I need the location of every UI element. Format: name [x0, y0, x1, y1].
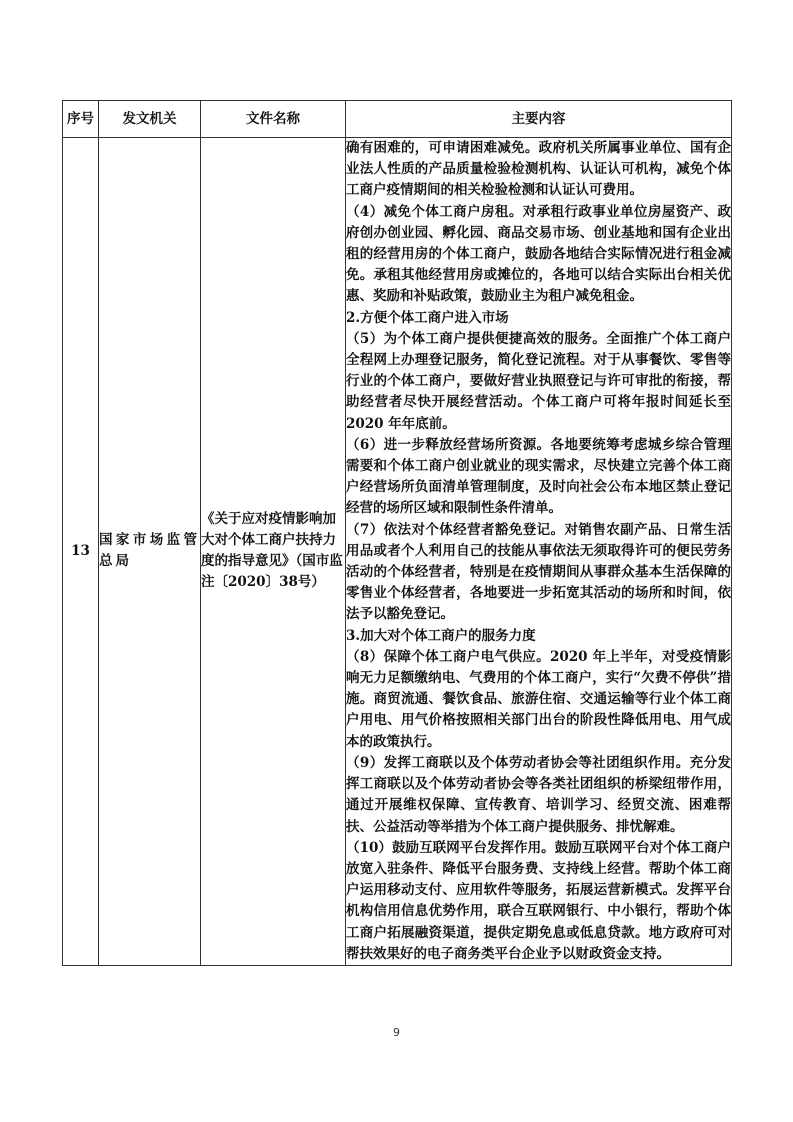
policy-table: 序号 发文机关 文件名称 主要内容 13 国家市场监管总局 《关于应对疫情影响加…	[62, 100, 732, 966]
content-paragraph: 确有困难的，可申请困难减免。政府机关所属事业单位、国有企业法人性质的产品质量检验…	[346, 138, 731, 202]
header-no: 序号	[63, 101, 99, 138]
content-paragraph: （7）依法对个体经营者豁免登记。对销售农副产品、日常生活用品或者个人利用自己的技…	[346, 520, 731, 626]
content-paragraph: （8）保障个体工商户电气供应。2020 年上半年，对受疫情影响无力足额缴纳电、气…	[346, 647, 731, 753]
document-page: 序号 发文机关 文件名称 主要内容 13 国家市场监管总局 《关于应对疫情影响加…	[0, 0, 793, 1122]
header-name: 文件名称	[201, 101, 346, 138]
content-paragraph: （4）减免个体工商户房租。对承租行政事业单位房屋资产、政府创办创业园、孵化园、商…	[346, 202, 731, 308]
table-row: 13 国家市场监管总局 《关于应对疫情影响加大对个体工商户扶持力度的指导意见》（…	[63, 138, 732, 966]
document-title: 《关于应对疫情影响加大对个体工商户扶持力度的指导意见》（国市监注〔2020〕38…	[201, 138, 346, 966]
row-number: 13	[63, 138, 99, 966]
header-content: 主要内容	[346, 101, 732, 138]
page-number: 9	[0, 1026, 793, 1039]
section-heading: 2.方便个体工商户进入市场	[346, 308, 731, 329]
issuing-agency: 国家市场监管总局	[99, 138, 201, 966]
section-heading: 3.加大对个体工商户的服务力度	[346, 626, 731, 647]
content-paragraph: （5）为个体工商户提供便捷高效的服务。全面推广个体工商户全程网上办理登记服务，简…	[346, 329, 731, 435]
header-org: 发文机关	[99, 101, 201, 138]
table-header-row: 序号 发文机关 文件名称 主要内容	[63, 101, 732, 138]
content-paragraph: （10）鼓励互联网平台发挥作用。鼓励互联网平台对个体工商户放宽入驻条件、降低平台…	[346, 838, 731, 965]
content-paragraph: （6）进一步释放经营场所资源。各地要统筹考虑城乡综合管理需要和个体工商户创业就业…	[346, 435, 731, 520]
main-content: 确有困难的，可申请困难减免。政府机关所属事业单位、国有企业法人性质的产品质量检验…	[346, 138, 732, 966]
content-paragraph: （9）发挥工商联以及个体劳动者协会等社团组织作用。充分发挥工商联以及个体劳动者协…	[346, 753, 731, 838]
